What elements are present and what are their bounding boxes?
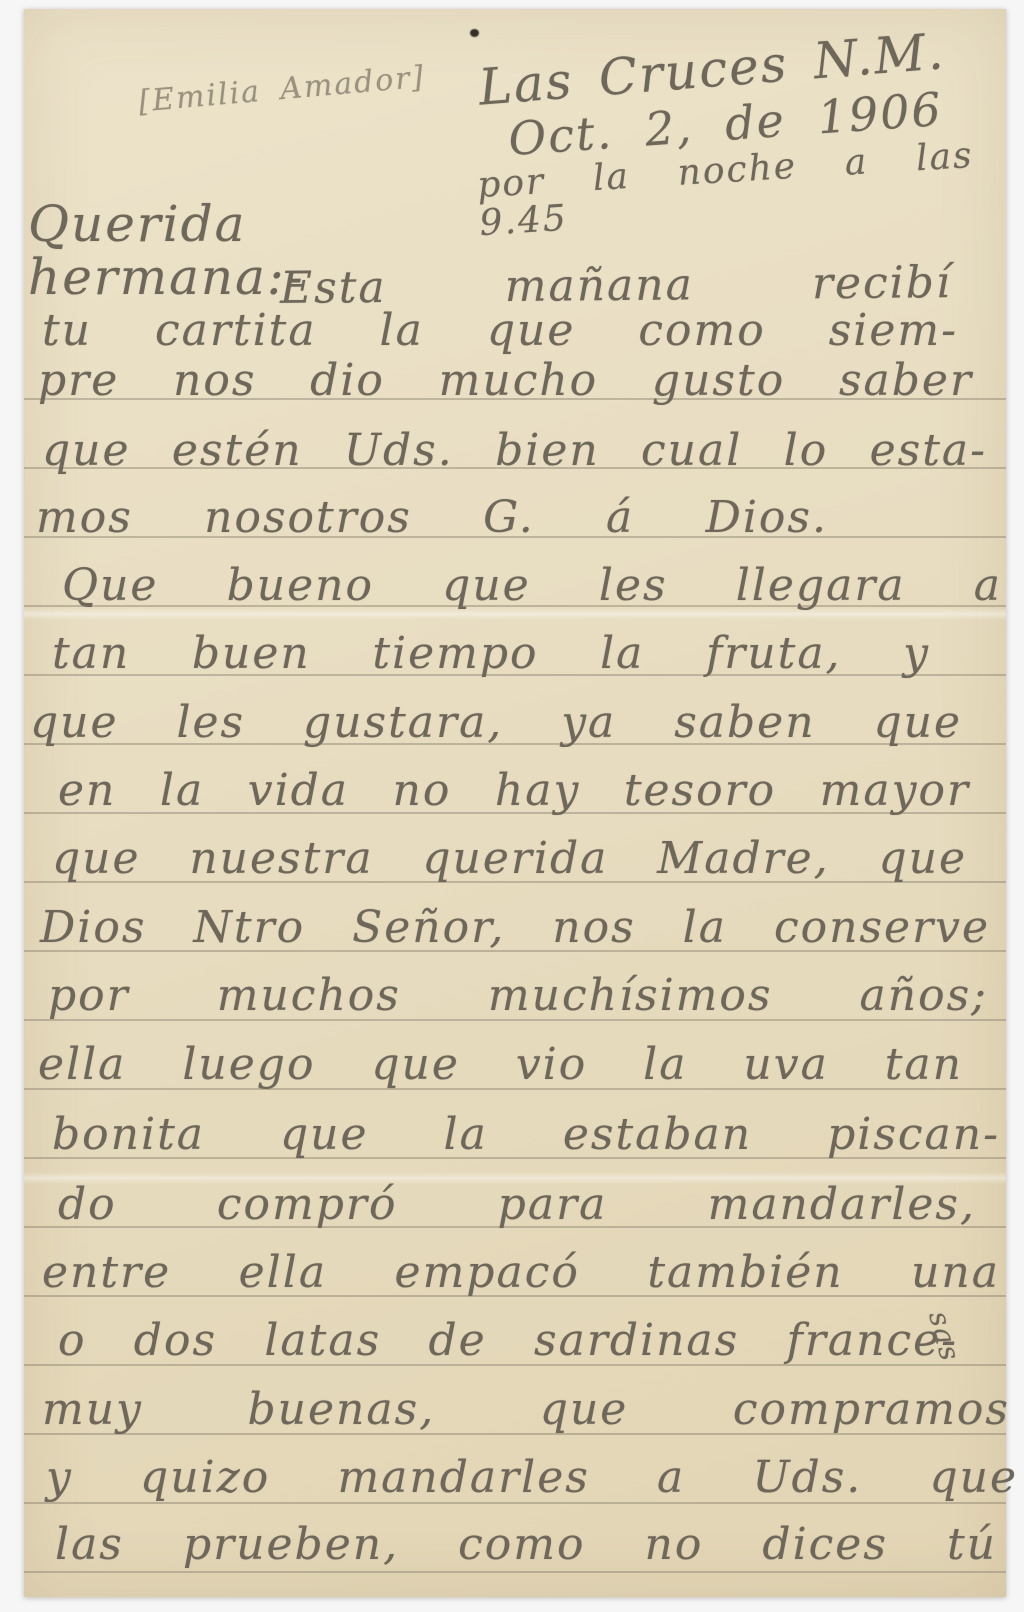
letter-line: que les gustara, ya saben que [30, 700, 962, 746]
letter-line: en la vida no hay tesoro mayor [58, 768, 970, 814]
letter-line: por muchos muchísimos años; [48, 973, 988, 1019]
letter-line: las prueben, como no dices tú [55, 1522, 997, 1568]
letter-line: muy buenas, que compramos [42, 1387, 1010, 1433]
letter-line: tu cartita la que como siem- [42, 308, 958, 354]
letter-line: entre ella empacó también una [42, 1250, 1000, 1296]
letter-line: que nuestra querida Madre, que [52, 836, 967, 882]
letter-line: pre nos dio mucho gusto saber [38, 358, 973, 404]
letter-line: bonita que la estaban piscan- [52, 1112, 1000, 1158]
letter-line: y quizo mandarles a Uds. que [46, 1455, 1018, 1501]
letter-line: que estén Uds. bien cual lo esta- [42, 428, 987, 474]
letter-line: tan buen tiempo la fruta, y [52, 631, 930, 677]
letter-line: Dios Ntro Señor, nos la conserve [40, 905, 990, 951]
scanned-letter-page: [Emilia Amador] Las Cruces N.M. Oct. 2, … [0, 0, 1024, 1612]
letter-line: mos nosotros G. á Dios. [36, 495, 828, 541]
letter-line: o dos latas de sardinas france- [58, 1318, 958, 1364]
pinhole-speck [470, 29, 479, 37]
letter-line: Que bueno que les llegara a [62, 563, 1002, 609]
letter-line: ella luego que vio la uva tan [38, 1042, 963, 1088]
letter-line: do compró para mandarles, [58, 1182, 976, 1228]
